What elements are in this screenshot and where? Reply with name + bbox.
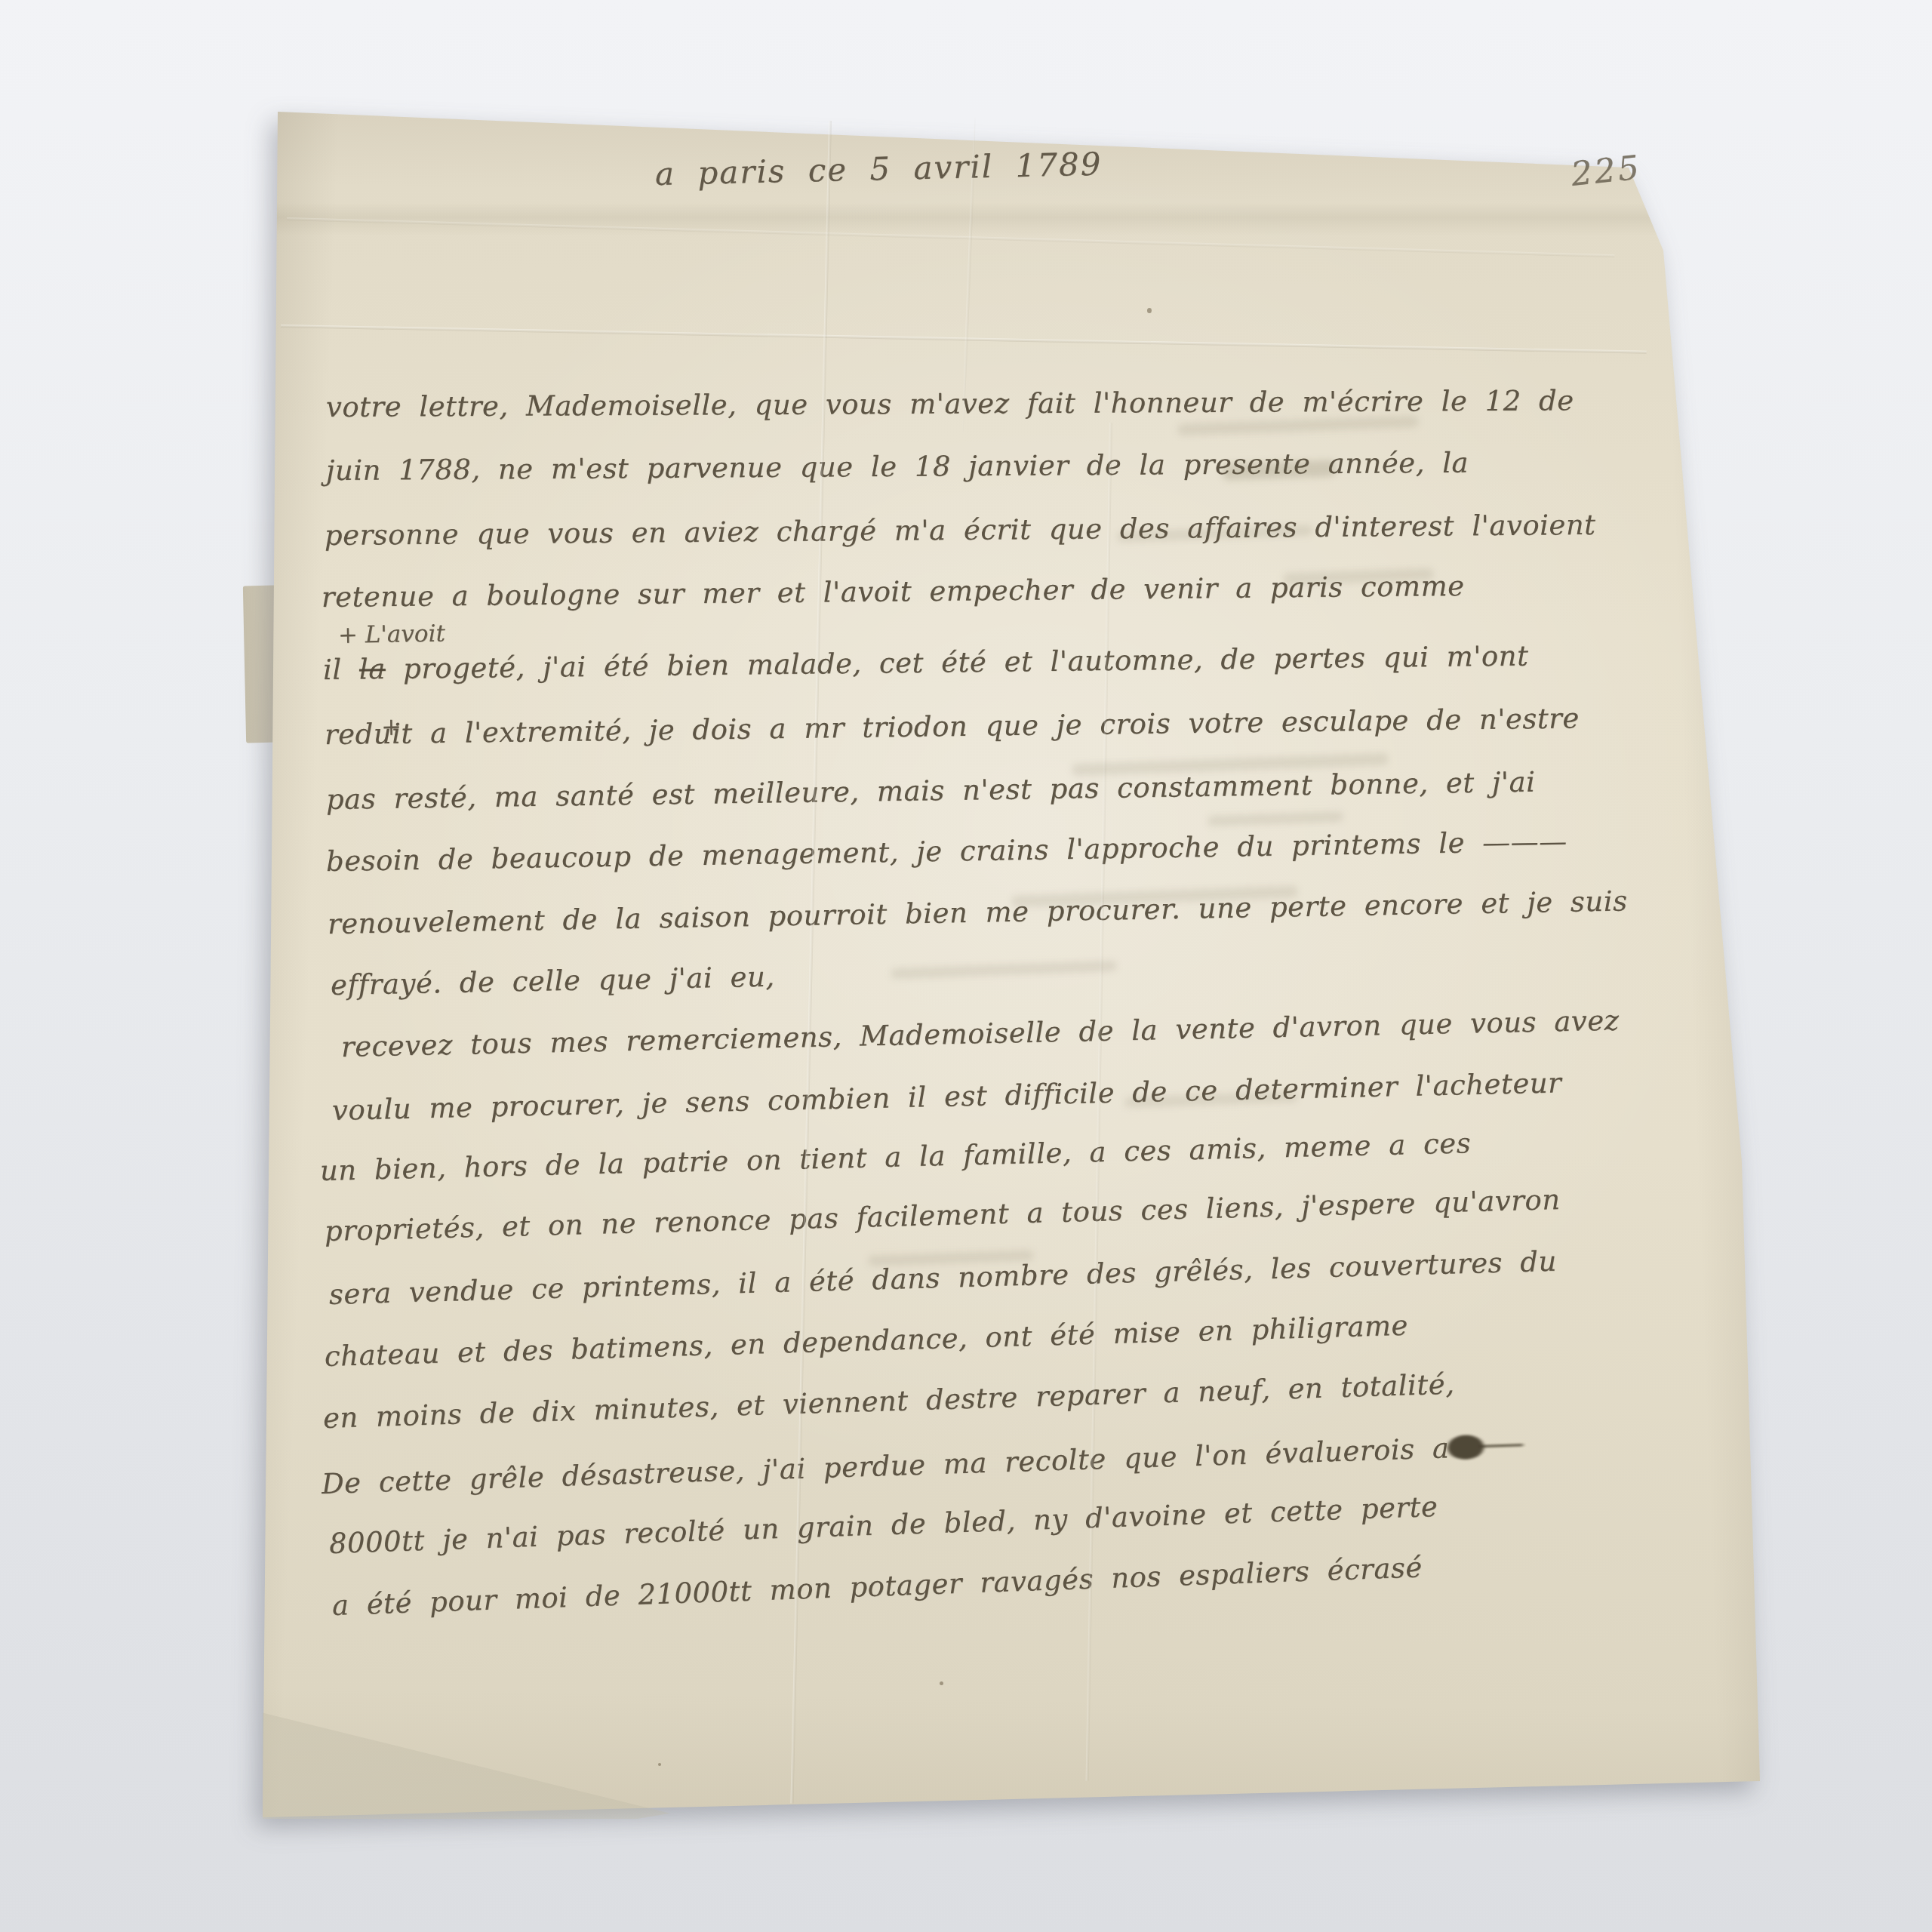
line-text: il [323,653,359,686]
letter-line: personne que vous en aviez chargé m'a éc… [325,509,1596,552]
folio-number: 225 [1569,148,1643,193]
letter-line: besoin de beaucoup de menagement, je cra… [326,825,1567,878]
letter-line: il la progeté, j'ai été bien malade, cet… [323,640,1529,686]
dateline: a paris ce 5 avril 1789 [654,146,1102,192]
letter-line: retenue a boulogne sur mer et l'avoit em… [321,570,1465,614]
letter-line: 8000tt je n'ai pas recolté un grain de b… [328,1491,1438,1560]
letter-line: a été pour moi de 21000tt mon potager ra… [331,1551,1423,1622]
letter-line: sera vendue ce printems, il a été dans n… [328,1245,1557,1311]
letter-line: pas resté, ma santé est meilleure, mais … [326,766,1536,816]
letter-line: reduit a l'extremité, je dois a mr triod… [325,702,1580,751]
letter-line: un bien, hors de la patrie on tient a la… [319,1127,1471,1187]
letter-line: recevez tous mes remerciemens, Mademoise… [341,1004,1620,1063]
strikethrough-word: la [359,653,386,685]
letter-photo: a paris ce 5 avril 1789 225 votre lettre… [0,0,1932,1932]
letter-line: De cette grêle désastreuse, j'ai perdue … [321,1426,1504,1501]
letter-line: proprietés, et on ne renonce pas facilem… [324,1183,1561,1247]
letter-line: juin 1788, ne m'est parvenue que le 18 j… [326,447,1469,487]
letter-line: votre lettre, Mademoiselle, que vous m'a… [326,384,1574,423]
letter-line: effrayé. de celle que j'ai eu, [331,961,775,1001]
interlinear-insertion: + L'avoit [338,620,446,649]
ink-blot: ●— [1444,1424,1517,1463]
line-text: progeté, j'ai été bien malade, cet été e… [386,640,1529,685]
letter-line: en moins de dix minutes, et viennent des… [322,1367,1455,1435]
handwriting-layer: a paris ce 5 avril 1789 225 votre lettre… [0,0,1932,1932]
letter-line: voulu me procurer, je sens combien il es… [332,1066,1562,1127]
letter-line: chateau et des batimens, en dependance, … [324,1309,1408,1373]
letter-line: renouvelement de la saison pourroit bien… [328,884,1628,940]
line-text: De cette grêle désastreuse, j'ai perdue … [321,1432,1450,1500]
